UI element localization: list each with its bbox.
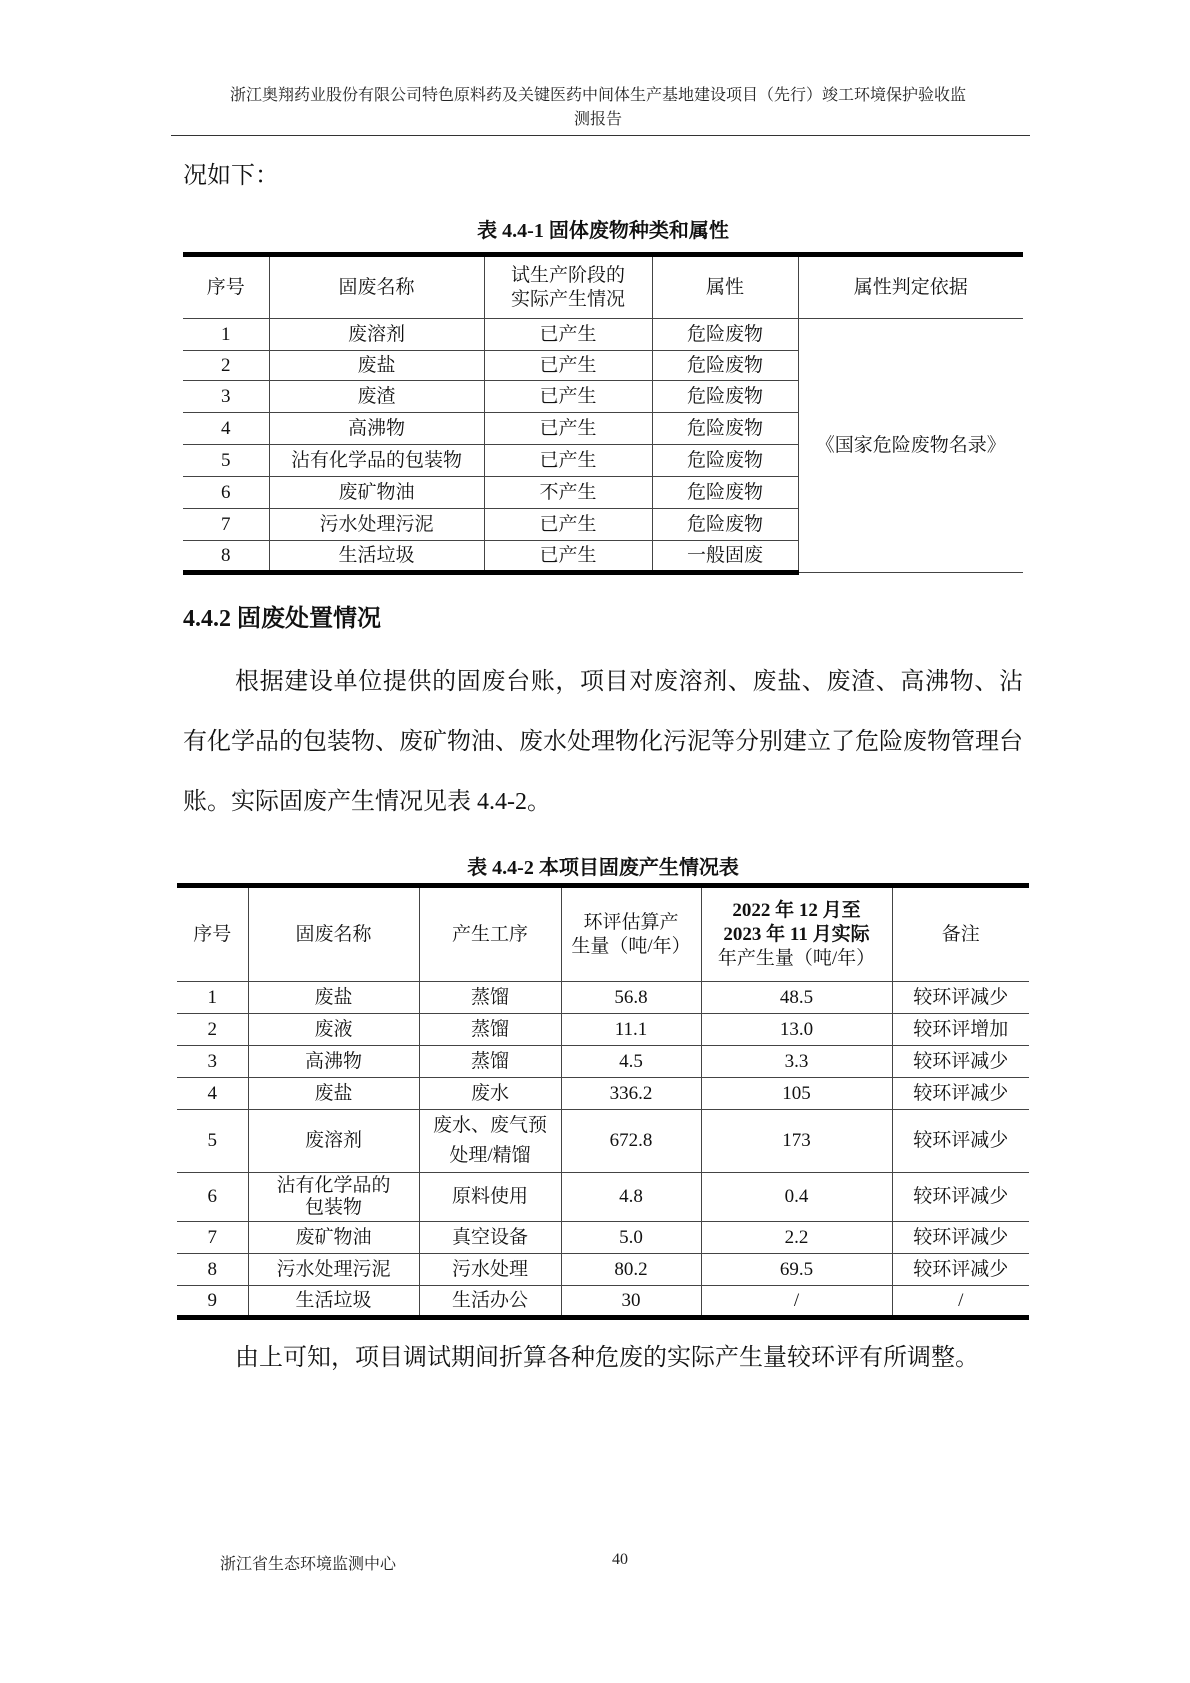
table1-header-attr: 属性 xyxy=(652,255,798,319)
section-paragraph: 根据建设单位提供的固废台账，项目对废溶剂、废盐、废渣、高沸物、沾有化学品的包装物… xyxy=(183,652,1023,832)
cell-process: 生活办公 xyxy=(419,1286,561,1318)
header-line: 年产生量（吨/年） xyxy=(702,947,892,971)
cell-actual: 48.5 xyxy=(701,982,892,1014)
cell-actual: 13.0 xyxy=(701,1014,892,1046)
cell-actual: 69.5 xyxy=(701,1254,892,1286)
cell-status: 已产生 xyxy=(484,413,652,445)
cell-process: 废水 xyxy=(419,1078,561,1110)
cell-status: 已产生 xyxy=(484,445,652,477)
cell-status: 已产生 xyxy=(484,541,652,573)
cell-no: 4 xyxy=(183,413,269,445)
cell-no: 3 xyxy=(177,1046,248,1078)
cell-eia: 11.1 xyxy=(561,1014,701,1046)
cell-remark: 较环评减少 xyxy=(892,1173,1029,1222)
running-header: 浙江奥翔药业股份有限公司特色原料药及关键医药中间体生产基地建设项目（先行）竣工环… xyxy=(168,84,1028,132)
table1-header-name: 固废名称 xyxy=(269,255,484,319)
cell-eia: 80.2 xyxy=(561,1254,701,1286)
cell-remark: 较环评减少 xyxy=(892,1078,1029,1110)
cell-eia: 336.2 xyxy=(561,1078,701,1110)
table1-header-basis: 属性判定依据 xyxy=(798,255,1023,319)
header-line: 环评估算产 xyxy=(562,911,701,935)
cell-eia: 4.8 xyxy=(561,1173,701,1222)
cell-eia: 672.8 xyxy=(561,1110,701,1173)
cell-actual: 173 xyxy=(701,1110,892,1173)
table-row: 1 废盐 蒸馏 56.8 48.5 较环评减少 xyxy=(177,982,1029,1014)
cell-remark: 较环评减少 xyxy=(892,1222,1029,1254)
waste-types-table: 序号 固废名称 试生产阶段的实际产生情况 属性 属性判定依据 1 废溶剂 已产生… xyxy=(183,252,1023,575)
cell-name: 废盐 xyxy=(248,1078,419,1110)
cell-no: 6 xyxy=(177,1173,248,1222)
table2-header-no: 序号 xyxy=(177,886,248,982)
cell-eia: 5.0 xyxy=(561,1222,701,1254)
waste-production-table: 序号 固废名称 产生工序 环评估算产生量（吨/年） 2022 年 12 月至20… xyxy=(177,883,1029,1320)
table2-header-name: 固废名称 xyxy=(248,886,419,982)
cell-process: 原料使用 xyxy=(419,1173,561,1222)
cell-process: 污水处理 xyxy=(419,1254,561,1286)
cell-name: 沾有化学品的包装物 xyxy=(248,1173,419,1222)
table-row: 5 废溶剂 废水、废气预处理/精馏 672.8 173 较环评减少 xyxy=(177,1110,1029,1173)
cell-eia: 4.5 xyxy=(561,1046,701,1078)
header-line: 2022 年 12 月至 xyxy=(702,899,892,923)
cell-line: 废水、废气预 xyxy=(420,1111,561,1141)
cell-line: 沾有化学品的 xyxy=(249,1175,419,1197)
cell-name: 生活垃圾 xyxy=(248,1286,419,1318)
cell-remark: 较环评减少 xyxy=(892,982,1029,1014)
cell-line: 包装物 xyxy=(249,1197,419,1219)
cell-no: 8 xyxy=(177,1254,248,1286)
cell-no: 1 xyxy=(177,982,248,1014)
cell-name: 废溶剂 xyxy=(269,319,484,351)
cell-name: 废渣 xyxy=(269,381,484,413)
cell-status: 已产生 xyxy=(484,351,652,381)
cell-attr: 危险废物 xyxy=(652,351,798,381)
table2-header-process: 产生工序 xyxy=(419,886,561,982)
table2-caption: 表 4.4-2 本项目固废产生情况表 xyxy=(177,851,1029,880)
header-line: 2023 年 11 月实际 xyxy=(702,923,892,947)
footer-organization: 浙江省生态环境监测中心 xyxy=(220,1551,396,1574)
cell-actual: 2.2 xyxy=(701,1222,892,1254)
cell-basis: 《国家危险废物名录》 xyxy=(798,319,1023,573)
table-row: 2 废液 蒸馏 11.1 13.0 较环评增加 xyxy=(177,1014,1029,1046)
cell-name: 生活垃圾 xyxy=(269,541,484,573)
cell-status: 已产生 xyxy=(484,319,652,351)
conclusion-paragraph: 由上可知，项目调试期间折算各种危废的实际产生量较环评有所调整。 xyxy=(183,1328,1023,1388)
table1-caption: 表 4.4-1 固体废物种类和属性 xyxy=(183,214,1023,243)
cell-attr: 一般固废 xyxy=(652,541,798,573)
cell-no: 5 xyxy=(177,1110,248,1173)
cell-no: 1 xyxy=(183,319,269,351)
cell-eia: 30 xyxy=(561,1286,701,1318)
cell-status: 已产生 xyxy=(484,381,652,413)
cell-name: 沾有化学品的包装物 xyxy=(269,445,484,477)
cell-no: 2 xyxy=(183,351,269,381)
cell-process: 蒸馏 xyxy=(419,1014,561,1046)
cell-actual: 105 xyxy=(701,1078,892,1110)
table2-header-eia: 环评估算产生量（吨/年） xyxy=(561,886,701,982)
table-row: 6 沾有化学品的包装物 原料使用 4.8 0.4 较环评减少 xyxy=(177,1173,1029,1222)
cell-remark: / xyxy=(892,1286,1029,1318)
cell-attr: 危险废物 xyxy=(652,381,798,413)
cell-remark: 较环评减少 xyxy=(892,1046,1029,1078)
table-row: 7 废矿物油 真空设备 5.0 2.2 较环评减少 xyxy=(177,1222,1029,1254)
table1-header-status: 试生产阶段的实际产生情况 xyxy=(484,255,652,319)
table-row: 8 污水处理污泥 污水处理 80.2 69.5 较环评减少 xyxy=(177,1254,1029,1286)
cell-attr: 危险废物 xyxy=(652,413,798,445)
cell-actual: 3.3 xyxy=(701,1046,892,1078)
table2-header-actual: 2022 年 12 月至2023 年 11 月实际年产生量（吨/年） xyxy=(701,886,892,982)
table1-header-row: 序号 固废名称 试生产阶段的实际产生情况 属性 属性判定依据 xyxy=(183,255,1023,319)
cell-name: 高沸物 xyxy=(248,1046,419,1078)
cell-no: 2 xyxy=(177,1014,248,1046)
cell-remark: 较环评减少 xyxy=(892,1254,1029,1286)
cell-name: 污水处理污泥 xyxy=(269,509,484,541)
cell-attr: 危险废物 xyxy=(652,477,798,509)
cell-process: 蒸馏 xyxy=(419,982,561,1014)
cell-no: 3 xyxy=(183,381,269,413)
header-title-line1: 浙江奥翔药业股份有限公司特色原料药及关键医药中间体生产基地建设项目（先行）竣工环… xyxy=(168,84,1028,108)
table-row: 1 废溶剂 已产生 危险废物 《国家危险废物名录》 xyxy=(183,319,1023,351)
cell-line: 处理/精馏 xyxy=(420,1141,561,1171)
table2-header-remark: 备注 xyxy=(892,886,1029,982)
cell-name: 废矿物油 xyxy=(248,1222,419,1254)
table1-header-no: 序号 xyxy=(183,255,269,319)
cell-remark: 较环评增加 xyxy=(892,1014,1029,1046)
header-line: 试生产阶段的 xyxy=(485,264,652,288)
cell-name: 废液 xyxy=(248,1014,419,1046)
table2-header-row: 序号 固废名称 产生工序 环评估算产生量（吨/年） 2022 年 12 月至20… xyxy=(177,886,1029,982)
cell-name: 污水处理污泥 xyxy=(248,1254,419,1286)
cell-actual: 0.4 xyxy=(701,1173,892,1222)
header-title-line2: 测报告 xyxy=(168,108,1028,132)
cell-no: 5 xyxy=(183,445,269,477)
cell-no: 6 xyxy=(183,477,269,509)
table-row: 3 高沸物 蒸馏 4.5 3.3 较环评减少 xyxy=(177,1046,1029,1078)
cell-process: 蒸馏 xyxy=(419,1046,561,1078)
cell-status: 已产生 xyxy=(484,509,652,541)
cell-name: 废矿物油 xyxy=(269,477,484,509)
section-heading: 4.4.2 固废处置情况 xyxy=(183,598,381,633)
cell-eia: 56.8 xyxy=(561,982,701,1014)
cell-name: 废盐 xyxy=(269,351,484,381)
cell-name: 废盐 xyxy=(248,982,419,1014)
cell-no: 8 xyxy=(183,541,269,573)
table-row: 9 生活垃圾 生活办公 30 / / xyxy=(177,1286,1029,1318)
cell-attr: 危险废物 xyxy=(652,319,798,351)
cell-name: 废溶剂 xyxy=(248,1110,419,1173)
header-line: 生量（吨/年） xyxy=(562,935,701,959)
cell-no: 9 xyxy=(177,1286,248,1318)
cell-name: 高沸物 xyxy=(269,413,484,445)
cell-actual: / xyxy=(701,1286,892,1318)
page-number: 40 xyxy=(612,1551,628,1569)
cell-process: 真空设备 xyxy=(419,1222,561,1254)
header-rule xyxy=(171,135,1030,136)
cell-status: 不产生 xyxy=(484,477,652,509)
cell-remark: 较环评减少 xyxy=(892,1110,1029,1173)
cell-no: 4 xyxy=(177,1078,248,1110)
cell-no: 7 xyxy=(183,509,269,541)
cell-process: 废水、废气预处理/精馏 xyxy=(419,1110,561,1173)
cell-no: 7 xyxy=(177,1222,248,1254)
cell-attr: 危险废物 xyxy=(652,509,798,541)
cell-attr: 危险废物 xyxy=(652,445,798,477)
intro-text: 况如下： xyxy=(183,158,279,194)
table-row: 4 废盐 废水 336.2 105 较环评减少 xyxy=(177,1078,1029,1110)
header-line: 实际产生情况 xyxy=(485,288,652,312)
